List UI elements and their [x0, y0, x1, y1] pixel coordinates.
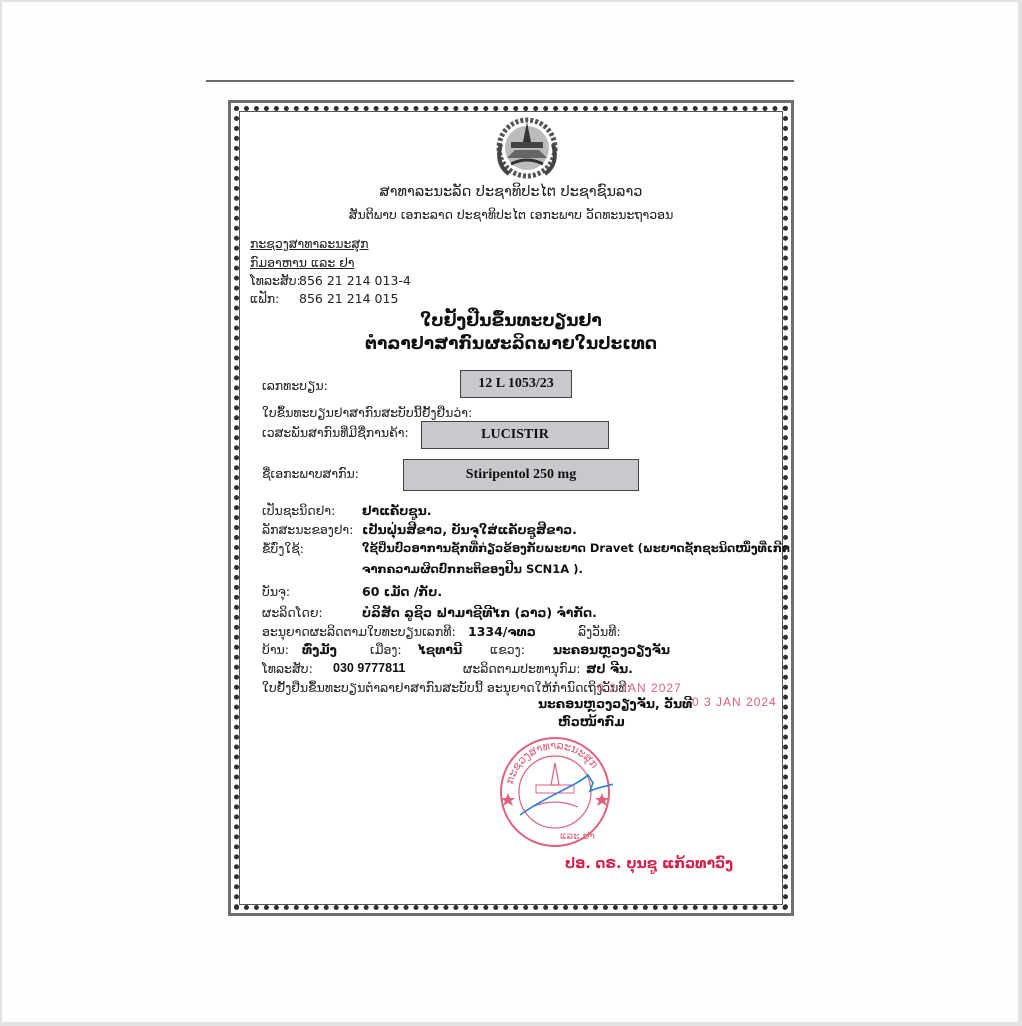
generic-box: Stiripentol 250 mg — [403, 459, 639, 491]
indication-line2: ຈາກຄວາມຜິດປົກກະຕິຂອງຢີນ SCN1A ). — [362, 562, 583, 576]
brand-label: ເວສະພັນສາກົນທີ່ມີຊື່ການຄ້າ: — [262, 425, 409, 440]
issuer-phone: 856 21 214 013-4 — [299, 273, 411, 288]
place-date-label: ນະຄອນຫຼວງວຽງຈັນ, ວັນທີ — [538, 696, 692, 711]
generic-name: Stiripentol 250 mg — [466, 467, 576, 483]
license-date-label: ລົງວັນທີ: — [578, 624, 621, 639]
tel-label: ໂທລະສັບ: — [262, 661, 313, 676]
package-label: ບັນຈຸ: — [262, 584, 290, 599]
issue-date-stamp: 0 3 JAN 2024 — [692, 695, 777, 709]
indication-label: ຂໍ້ບົ່ງໃຊ້: — [262, 541, 304, 556]
manufacturer-label: ຜະລິດໂດຍ: — [262, 605, 323, 620]
village-value: ທົ່ງມັງ — [302, 642, 337, 657]
top-rule — [206, 80, 794, 82]
district-label: ເມືອງ: — [370, 642, 402, 657]
appearance-value: ເປັນຝຸ່ນສີຂາວ, ບັນຈຸໃສ່ແຄັບຊູສີຂາວ. — [362, 522, 577, 537]
motto-line: ສັນຕິພາບ ເອກະລາດ ປະຊາທິປະໄຕ ເອກະພາບ ວັດທ… — [0, 207, 1022, 222]
department-name: ກົມອາຫານ ແລະ ຢາ — [250, 255, 355, 270]
registration-number: 12 L 1053/23 — [478, 376, 553, 392]
appearance-label: ລັກສະນະຂອງຢາ: — [262, 522, 353, 537]
issuer-fax: 856 21 214 015 — [299, 291, 398, 306]
certificate-title-line2: ຕຳລາຢາສາກົນຜະລິດພາຍໃນປະເທດ — [0, 334, 1022, 354]
svg-text:ແລະ ຢາ: ແລະ ຢາ — [560, 831, 595, 842]
official-seal-icon: ກະຊວງສາທາລະນະສຸກ ແລະ ຢາ — [498, 735, 613, 850]
generic-label: ຊື່ເອກະພາບສາກົນ: — [262, 466, 359, 481]
certificate-title-line1: ໃບຢັ້ງຢືນຂຶ້ນທະບຽນຢາ — [0, 311, 1022, 331]
license-value: 1334/ຈທວ — [468, 624, 536, 639]
validity-date-stamp: 0 2 JAN 2027 — [597, 681, 682, 695]
validity-label: ໃບຢັ້ງຢືນຂຶ້ນທະບຽນຕຳລາຢາສາກົນສະບັບນີ້ ອະ… — [262, 680, 631, 695]
signer-name: ປອ. ດຣ. ບຸນຊູ ແກ້ວທາວົງ — [565, 856, 733, 872]
certifies-label: ໃບຂຶ້ນທະບຽນຢາສາກົນສະບັບນີ້ຢັ້ງຢືນວ່າ: — [262, 405, 472, 420]
package-value: 60 ເມັດ /ກັບ. — [362, 584, 442, 599]
district-value: ໄຊທານີ — [418, 642, 462, 657]
brand-name: LUCISTIR — [481, 427, 549, 443]
license-label: ອະນຸຍາດຜະລິດຕາມໃບທະບຽນເລກທີ: — [262, 624, 456, 639]
brand-box: LUCISTIR — [421, 421, 609, 449]
village-label: ບ້ານ: — [262, 642, 289, 657]
tel-value: 030 9777811 — [333, 661, 405, 675]
indication-line1: ໃຊ້ປິ່ນປົວອາການຊັກທີ່ກ່ຽວຂ້ອງກັບພະຍາດ Dr… — [362, 541, 790, 555]
manufacturer-value: ບໍລິສັດ ລູຊິວ ຟາມາຊີທີໄກ (ລາວ) ຈຳກັດ. — [362, 605, 597, 620]
form-value: ຢາແຄັບຊູນ. — [362, 503, 432, 518]
registration-number-box: 12 L 1053/23 — [460, 370, 572, 398]
province-label: ແຂວງ: — [490, 642, 525, 657]
ministry-name: ກະຊວງສາທາລະນະສຸກ — [250, 236, 369, 251]
issuer-fax-label: ແຟັກ: — [250, 291, 279, 306]
standard-value: ສປ ຈີນ. — [586, 661, 633, 676]
country-line: ສາທາລະນະລັດ ປະຊາທິປະໄຕ ປະຊາຊົນລາວ — [0, 184, 1022, 200]
national-emblem-icon — [489, 114, 565, 180]
signer-role: ຫົວໜ້າກົມ — [558, 714, 625, 729]
registration-number-label: ເລກທະບຽນ: — [262, 378, 328, 393]
issuer-phone-label: ໂທລະສັບ: — [250, 273, 301, 288]
form-label: ເປັນຊະນິດຢາ: — [262, 503, 335, 518]
standard-label: ຜະລິດຕາມປະທານຸກົມ: — [463, 661, 580, 676]
province-value: ນະຄອນຫຼວງວຽງຈັນ — [553, 642, 670, 657]
